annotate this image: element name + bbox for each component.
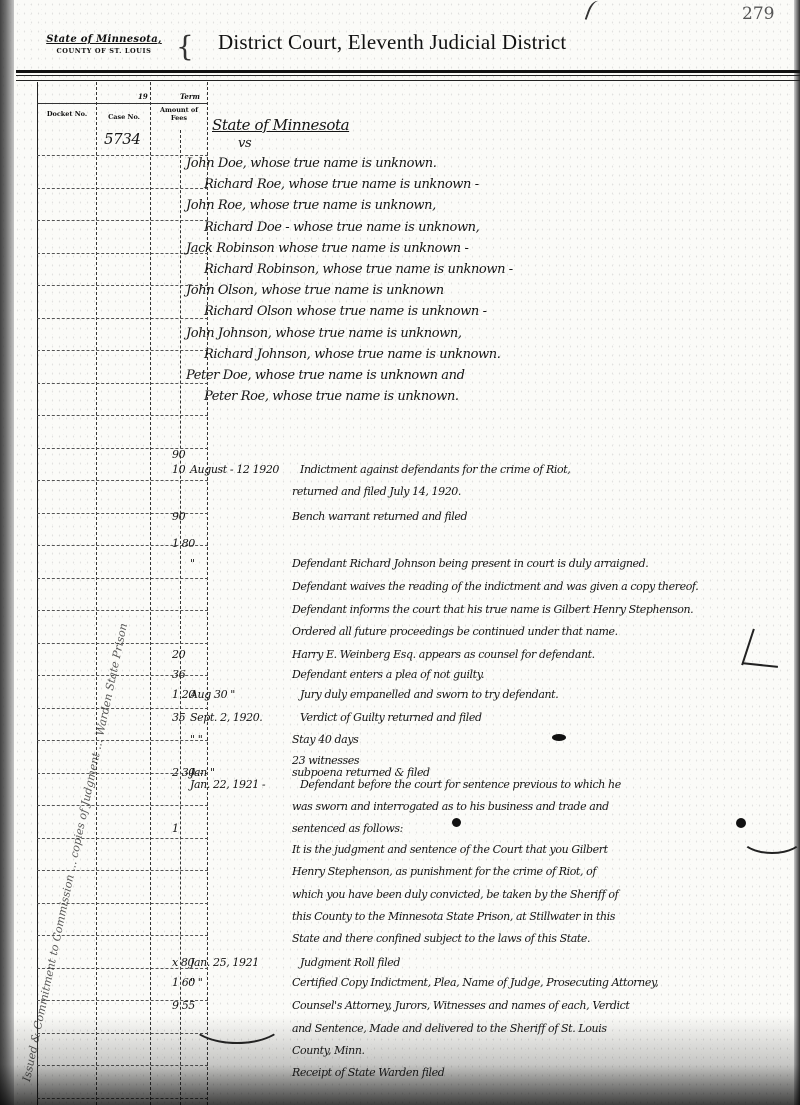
row-line — [37, 350, 208, 351]
pen-mark-check-base — [742, 662, 778, 668]
entry-text: Defendant enters a plea of not guilty. — [292, 668, 484, 681]
entry-fee: 1 — [172, 822, 179, 835]
entry-date: Jan. 25, 1921 — [190, 956, 259, 969]
scan-edge-left — [0, 0, 14, 1105]
scan-shadow-bottom — [0, 1015, 800, 1105]
entry-fee: 10 — [172, 463, 185, 476]
row-line — [37, 708, 208, 709]
row-line — [37, 578, 208, 579]
entry-text: Defendant Richard Johnson being present … — [292, 557, 648, 570]
pencil-tick-mark — [585, 0, 604, 23]
case-no-header: Case No. — [98, 113, 150, 121]
column-divider-docket — [96, 82, 97, 1105]
brace-glyph: { — [176, 30, 194, 63]
defendant-name: John Roe, whose true name is unknown, — [186, 198, 436, 213]
column-divider-margin — [37, 82, 38, 1105]
entry-date: " " — [190, 976, 202, 989]
row-line — [37, 870, 208, 871]
ink-blot-2 — [452, 818, 461, 827]
entry-text: Harry E. Weinberg Esq. appears as counse… — [292, 648, 595, 661]
entry-text: returned and filed July 14, 1920. — [292, 485, 461, 498]
entry-fee: 20 — [172, 648, 185, 661]
entry-text: Indictment against defendants for the cr… — [300, 463, 570, 476]
entry-date: " — [190, 557, 195, 570]
entry-text: which you have been duly convicted, be t… — [292, 888, 618, 901]
row-line — [37, 188, 208, 189]
entry-date: " " — [190, 733, 202, 746]
entry-fee: 1 80 — [172, 537, 195, 550]
defendant-name: Richard Doe - whose true name is unknown… — [204, 220, 479, 235]
entry-text: State and there confined subject to the … — [292, 932, 590, 945]
defendant-name: Richard Johnson, whose true name is unkn… — [204, 347, 501, 362]
row-line — [37, 740, 208, 741]
entry-text: Jury duly empanelled and sworn to try de… — [300, 688, 558, 701]
defendant-name: Peter Roe, whose true name is unknown. — [204, 389, 459, 404]
entry-text: Judgment Roll filed — [300, 956, 400, 969]
entry-text: Certified Copy Indictment, Plea, Name of… — [292, 976, 658, 989]
entry-date: August - 12 1920 — [190, 463, 279, 476]
entry-text: Henry Stephenson, as punishment for the … — [292, 865, 596, 878]
defendant-name: Jack Robinson whose true name is unknown… — [186, 241, 468, 256]
header-rule-thin — [16, 75, 800, 76]
column-divider-case — [150, 82, 151, 1105]
defendant-name: Richard Robinson, whose true name is unk… — [204, 262, 513, 277]
entry-fee: 90 — [172, 510, 185, 523]
defendant-name: John Olson, whose true name is unknown — [186, 283, 444, 298]
docket-no-header: Docket No. — [40, 110, 94, 118]
scan-edge-right — [794, 0, 800, 1105]
entry-text: sentenced as follows: — [292, 822, 403, 835]
entry-text: this County to the Minnesota State Priso… — [292, 910, 615, 923]
defendant-name: John Johnson, whose true name is unknown… — [186, 326, 462, 341]
case-number: 5734 — [104, 130, 141, 148]
state-county-heading: State of Minnesota, COUNTY OF ST. LOUIS — [36, 34, 172, 55]
ink-blot — [552, 734, 566, 741]
year-prefix: 19 — [138, 92, 148, 101]
entry-fee: 9 55 — [172, 999, 195, 1012]
defendant-name: Peter Doe, whose true name is unknown an… — [186, 368, 465, 383]
entry-text: Bench warrant returned and filed — [292, 510, 467, 523]
court-title: District Court, Eleventh Judicial Distri… — [218, 30, 566, 55]
pen-mark-check — [741, 629, 755, 666]
pen-flourish — [740, 820, 800, 854]
row-line — [37, 253, 208, 254]
entry-text: It is the judgment and sentence of the C… — [292, 843, 608, 856]
entry-text: Defendant before the court for sentence … — [300, 778, 621, 791]
amount-of-fees-header: Amount of Fees — [151, 106, 207, 122]
entry-date: Jan. 22, 1921 - — [190, 778, 265, 791]
row-line — [37, 383, 208, 384]
entry-fee: 36 — [172, 668, 185, 681]
defendant-name: Richard Olson whose true name is unknown… — [204, 304, 487, 319]
header-rule-thick — [16, 70, 800, 73]
entry-text: was sworn and interrogated as to his bus… — [292, 800, 609, 813]
entry-text: Ordered all future proceedings be contin… — [292, 625, 618, 638]
defendant-name: John Doe, whose true name is unknown. — [186, 156, 436, 171]
row-line — [37, 805, 208, 806]
header-rule-thin-2 — [16, 80, 800, 81]
entry-text: Defendant informs the court that his tru… — [292, 603, 693, 616]
row-line — [37, 415, 208, 416]
caption-plaintiff: State of Minnesota — [212, 116, 349, 134]
row-line — [37, 838, 208, 839]
entry-text: Verdict of Guilty returned and filed — [300, 711, 482, 724]
entry-text: Stay 40 days — [292, 733, 358, 746]
column-divider-fees — [207, 82, 208, 1105]
entry-fee: 35 — [172, 711, 185, 724]
entry-text: Counsel's Attorney, Jurors, Witnesses an… — [292, 999, 629, 1012]
entry-date: Sept. 2, 1920. — [190, 711, 262, 724]
row-line — [37, 285, 208, 286]
page-number: 279 — [742, 4, 774, 24]
county-line: COUNTY OF ST. LOUIS — [36, 47, 172, 55]
state-line: State of Minnesota, — [36, 34, 172, 45]
header-row-divider — [37, 103, 207, 104]
caption-vs: vs — [238, 136, 251, 151]
defendant-name: Richard Roe, whose true name is unknown … — [204, 177, 479, 192]
row-line — [37, 220, 208, 221]
row-line — [37, 610, 208, 611]
entry-date: Aug 30 " — [190, 688, 235, 701]
row-line — [37, 480, 208, 481]
entry-fee: 90 — [172, 448, 185, 461]
row-line — [37, 318, 208, 319]
term-label: Term — [180, 92, 200, 101]
entry-text: Defendant waives the reading of the indi… — [292, 580, 698, 593]
row-line — [37, 155, 208, 156]
